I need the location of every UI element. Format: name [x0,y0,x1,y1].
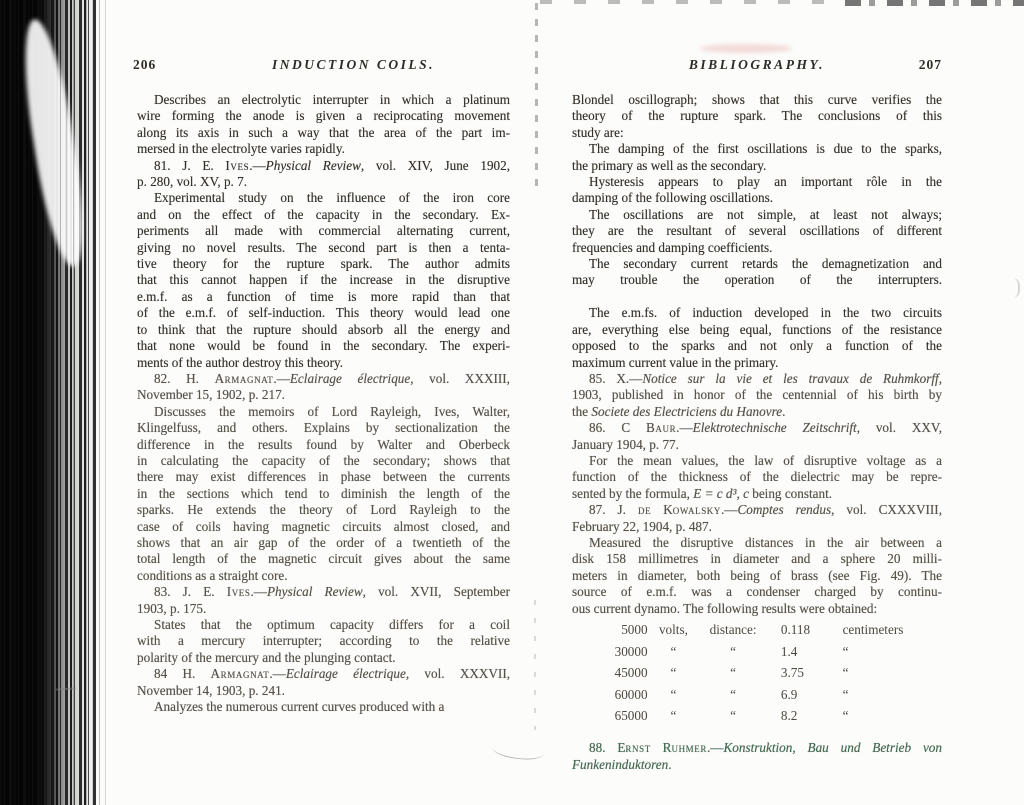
text-line: p. 280, vol. XV, p. 7. [137,174,510,190]
right-page: BIBLIOGRAPHY. 207 Blondel oscillograph; … [572,0,942,774]
text-line: in calculating the capacity of the secon… [137,453,510,469]
text-line: shows that an air gap of the order of a … [137,535,510,551]
text-line: source of e.m.f. was a condenser charged… [572,584,942,600]
text-line: 86. C Baur.—Elektrotechnische Zeitschrif… [572,420,942,436]
scanned-book-spread: { "colors": { "paper": "#fcfcfb", "ink":… [0,0,1024,805]
text-line: 1903, published in honor of the centenni… [572,387,942,403]
table-cell: “ [843,644,942,660]
text-line: the primary as well as the secondary. [572,158,942,174]
right-running-title: BIBLIOGRAPHY. [572,57,942,73]
text-line: 83. J. E. Ives.—Physical Review, vol. XV… [137,584,510,600]
text-line: giving no novel results. The second part… [137,240,510,256]
text-line: are, everything else being equal, functi… [572,322,942,338]
paragraph: States that the optimum capacity differs… [137,617,510,666]
table-cell: centimeters [843,622,942,638]
text-line: conditions as a straight core. [137,568,510,584]
text-line: February 22, 1904, p. 487. [572,519,942,535]
table-row: 5000volts,distance:0.118centimeters [572,622,942,644]
table-cell: “ [843,708,942,724]
table-cell: 60000 [572,687,648,703]
text-line: Experimental study on the influence of t… [137,190,510,206]
text-line: they are the resultant of several oscill… [572,223,942,239]
text-line: and on the effect of the capacity in the… [137,207,510,223]
text-line: of the e.m.f. of self-induction. This th… [137,305,510,321]
paragraph: 88. Ernst Ruhmer.—Konstruktion, Bau und … [572,739,942,774]
left-page: 206 INDUCTION COILS. Describes an electr… [137,0,510,715]
paragraph: 83. J. E. Ives.—Physical Review, vol. XV… [137,584,510,617]
text-line: 84 H. Armagnat.—Eclairage électrique, vo… [137,666,510,682]
text-line: 82. H. Armagnat.—Eclairage électrique, v… [137,371,510,387]
text-line: Describes an electrolytic interrupter in… [137,92,510,108]
text-line: tive theory for the rupture spark. The a… [137,256,510,272]
text-line: November 14, 1903, p. 241. [137,683,510,699]
table-cell: 30000 [572,644,648,660]
table-row: 45000““3.75“ [572,665,942,687]
text-line: function of the thickness of the dielect… [572,469,942,485]
table-cell: “ [648,665,700,681]
text-line: 87. J. de Kowalsky.—Comptes rendus, vol.… [572,502,942,518]
text-line: polarity of the mercury and the plunging… [137,650,510,666]
text-line: opposed to the sparks and not only a fun… [572,338,942,354]
text-line: study are: [572,125,942,141]
text-line: to think that the rupture should absorb … [137,322,510,338]
paragraph: The secondary current retards the demagn… [572,256,942,305]
text-line: Funkeninduktoren. [572,756,942,774]
text-line: Hysteresis appears to play an important … [572,174,942,190]
paragraph: Describes an electrolytic interrupter in… [137,92,510,158]
table-cell: volts, [648,622,700,638]
text-line: For the mean values, the law of disrupti… [572,453,942,469]
text-line: January 1904, p. 77. [572,437,942,453]
text-line: The secondary current retards the demagn… [572,256,942,272]
text-line: 88. Ernst Ruhmer.—Konstruktion, Bau und … [572,739,942,757]
table-cell: 3.75 [767,665,843,681]
text-line: difference in the results found by Walte… [137,437,510,453]
text-line: maximum current value in the primary. [572,355,942,371]
paragraph: 85. X.—Notice sur la vie et les travaux … [572,371,942,420]
paragraph: The oscillations are not simple, at leas… [572,207,942,256]
paragraph: Measured the disruptive distances in the… [572,535,942,617]
table-cell: 5000 [572,622,648,638]
table-row: 30000““1.4“ [572,644,942,666]
left-page-body: Describes an electrolytic interrupter in… [137,92,510,715]
paragraph: 81. J. E. Ives.—Physical Review, vol. XI… [137,158,510,191]
table-cell: distance: [699,622,767,638]
table-cell: “ [843,665,942,681]
paragraph: Blondel oscillograph; shows that this cu… [572,92,942,141]
text-line: damping of the following oscillations. [572,190,942,206]
left-page-number: 206 [133,57,156,73]
text-line [572,289,942,305]
left-running-title: INDUCTION COILS. [197,57,510,73]
paragraph: For the mean values, the law of disrupti… [572,453,942,502]
text-line: The oscillations are not simple, at leas… [572,207,942,223]
page-gutter-line-top [535,3,538,188]
table-cell: 6.9 [767,687,843,703]
page-gutter-curve [491,739,545,762]
text-line: in the sections which tend to diminish t… [137,486,510,502]
paragraph: 86. C Baur.—Elektrotechnische Zeitschrif… [572,420,942,453]
text-line: with a mercury interrupter; according to… [137,633,510,649]
text-line: there may exist differences in phase bet… [137,469,510,485]
text-line: frequencies and damping coefficients. [572,240,942,256]
left-page-header: 206 INDUCTION COILS. [137,57,510,77]
paragraph: 82. H. Armagnat.—Eclairage électrique, v… [137,371,510,404]
text-line: Klingelfuss, and others. Explains by sec… [137,420,510,436]
text-line: periments all made with commercial alter… [137,223,510,239]
table-cell: “ [648,708,700,724]
text-line: wire forming the anode is given a recipr… [137,108,510,124]
text-line: 81. J. E. Ives.—Physical Review, vol. XI… [137,158,510,174]
text-line: November 15, 1902, p. 217. [137,387,510,403]
text-line: may trouble the operation of the interru… [572,272,942,288]
table-cell: “ [648,644,700,660]
table-row: 60000““6.9“ [572,687,942,709]
right-page-header: BIBLIOGRAPHY. 207 [572,57,942,77]
paragraph: Discusses the memoirs of Lord Rayleigh, … [137,404,510,584]
text-line: case of coils having magnetic circuits a… [137,519,510,535]
paragraph: The damping of the first oscillations is… [572,141,942,174]
table-cell: “ [699,687,767,703]
text-line: meters in diameter, both being of brass … [572,568,942,584]
text-line: Measured the disruptive distances in the… [572,535,942,551]
text-line: States that the optimum capacity differs… [137,617,510,633]
paragraph: 84 H. Armagnat.—Eclairage électrique, vo… [137,666,510,699]
right-page-number: 207 [919,57,942,73]
table-cell: “ [699,708,767,724]
text-line: 85. X.—Notice sur la vie et les travaux … [572,371,942,387]
text-line: Blondel oscillograph; shows that this cu… [572,92,942,108]
results-table: 5000volts,distance:0.118centimeters30000… [572,622,942,730]
table-cell: 8.2 [767,708,843,724]
text-line: sparks. He extends the theory of Lord Ra… [137,502,510,518]
text-line: mersed in the electrolyte varies rapidly… [137,141,510,157]
text-line: Discusses the memoirs of Lord Rayleigh, … [137,404,510,420]
text-line: disk 158 millimetres in diameter and a s… [572,551,942,567]
binding-streaks [60,0,106,805]
stray-scan-mark-right [1002,278,1020,298]
paragraph: Analyzes the numerous current curves pro… [137,699,510,715]
text-line: that none would be found in the secondar… [137,338,510,354]
paragraph: Experimental study on the influence of t… [137,190,510,370]
table-cell: 0.118 [767,622,843,638]
text-line: Analyzes the numerous current curves pro… [137,699,510,715]
table-cell: 1.4 [767,644,843,660]
text-line: theory of the rupture spark. The conclus… [572,108,942,124]
text-line: along its axis in such a way that the ar… [137,125,510,141]
text-line: The damping of the first oscillations is… [572,141,942,157]
text-line: total length of the magnetic circuit giv… [137,551,510,567]
text-line: e.m.f. as a function of time is more rap… [137,289,510,305]
text-line: ments of the author destroy this theory. [137,355,510,371]
table-cell: “ [843,687,942,703]
table-cell: 45000 [572,665,648,681]
text-line: 1903, p. 175. [137,601,510,617]
text-line: sented by the formula, E = c d³, c being… [572,486,942,502]
text-line: ous current dynamo. The following result… [572,601,942,617]
table-cell: “ [699,644,767,660]
text-line: the Societe des Electriciens du Hanovre. [572,404,942,420]
right-page-body: Blondel oscillograph; shows that this cu… [572,92,942,774]
paragraph: 87. J. de Kowalsky.—Comptes rendus, vol.… [572,502,942,535]
paragraph: Hysteresis appears to play an important … [572,174,942,207]
text-line: that this cannot happen if the increase … [137,272,510,288]
table-row: 65000““8.2“ [572,708,942,730]
paragraph: The e.m.fs. of induction developed in th… [572,305,942,371]
table-cell: “ [648,687,700,703]
table-cell: “ [699,665,767,681]
table-cell: 65000 [572,708,648,724]
page-gutter-line-bottom [534,600,536,730]
text-line: The e.m.fs. of induction developed in th… [572,305,942,321]
